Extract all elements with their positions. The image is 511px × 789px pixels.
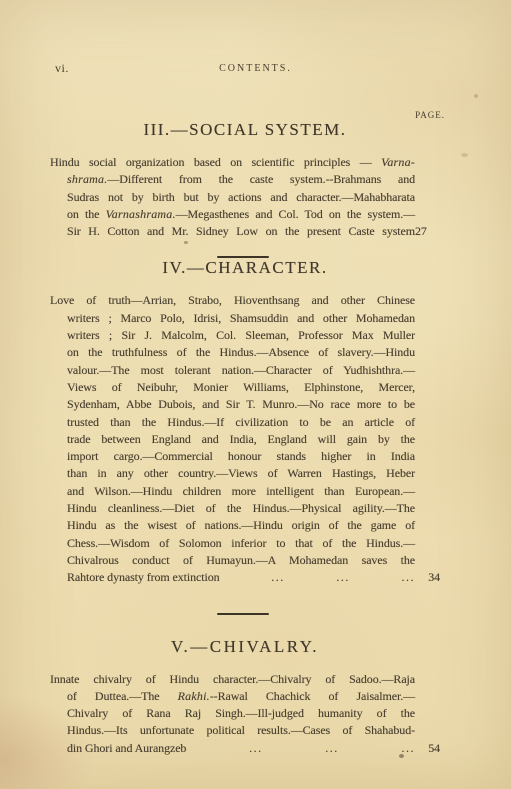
toc-line-text: of Duttea.—The [67, 689, 178, 703]
toc-line-text: Rahtore dynasty from extinction [67, 569, 220, 586]
toc-line: Love of truth—Arrian, Strabo, Hioventhsa… [50, 292, 415, 309]
entry-page-number: 54 [415, 740, 440, 757]
toc-line: Sudras not by birth but by actions and c… [67, 189, 415, 206]
section-heading: III.—SOCIAL SYSTEM. [50, 120, 440, 140]
toc-line: Views of Neibuhr, Monier Williams, Elphi… [67, 379, 415, 396]
scanned-book-page: vi. CONTENTS. PAGE. III.—SOCIAL SYSTEM.H… [0, 0, 511, 789]
toc-line: import cargo.—Commercial honour stands h… [67, 448, 415, 465]
toc-line-text: on the [67, 207, 106, 221]
toc-line: Chess.—Wisdom of Solomon inferior to tha… [67, 535, 415, 552]
toc-line: on the Varnashrama.—Megasthenes and Col.… [67, 206, 415, 223]
toc-line-text: Chivalrous conduct of Humayun.—A Mohamed… [67, 553, 415, 567]
toc-line-text: trade between England and India, England… [67, 432, 415, 446]
toc-line-text: import cargo.—Commercial honour stands h… [67, 449, 415, 463]
section-entry-paragraph: Hindu social organization based on scien… [50, 154, 440, 240]
toc-line-text: Chess.—Wisdom of Solomon inferior to tha… [67, 536, 415, 550]
toc-line-text: Chivalry of Rana Raj Singh.—Ill-judged h… [67, 706, 415, 720]
paper-stain [461, 153, 468, 157]
section-heading: IV.—CHARACTER. [50, 258, 440, 278]
toc-line-text: —Megasthenes and Col. Tod on the system.… [176, 207, 415, 221]
toc-line: writers ; Sir J. Malcolm, Col. Sleeman, … [67, 327, 415, 344]
toc-line: on the truthfulness of the Hindus.—Absen… [67, 344, 415, 361]
section-entry-paragraph: Love of truth—Arrian, Strabo, Hioventhsa… [50, 292, 440, 586]
toc-line-text: on the truthfulness of the Hindus.—Absen… [67, 345, 415, 359]
toc-line-text: Sydenham, Abbe Dubois, and Sir T. Munro.… [67, 397, 415, 411]
toc-line: of Duttea.—The Rakhi.--Rawal Chachick of… [67, 688, 415, 705]
toc-line: writers ; Marco Polo, Idrisi, Shamsuddin… [67, 310, 415, 327]
entry-page-number: 27 [415, 223, 440, 240]
toc-line: din Ghori and Aurangzeb.........54 [67, 740, 415, 757]
dot-leader: ... [271, 569, 285, 586]
toc-line-text: than in any other country.—Views of Warr… [67, 466, 415, 480]
toc-line-text: din Ghori and Aurangzeb [67, 740, 186, 757]
toc-line: Chivalrous conduct of Humayun.—A Mohamed… [67, 552, 415, 569]
toc-line-text: trusted than the Hindus.—If civilization… [67, 415, 415, 429]
dot-leader: ... [402, 569, 416, 586]
paper-stain [474, 94, 478, 98]
entry-page-number: 34 [415, 569, 440, 586]
italic-text: shrama. [67, 172, 107, 186]
toc-line-text: Sudras not by birth but by actions and c… [67, 190, 415, 204]
section-divider [217, 613, 269, 615]
toc-line-text: valour.—The most tolerant nation.—Charac… [67, 363, 415, 377]
italic-text: Varna- [381, 155, 415, 169]
toc-line: Innate chivalry of Hindu character.—Chiv… [50, 671, 415, 688]
toc-line: valour.—The most tolerant nation.—Charac… [67, 362, 415, 379]
toc-line: shrama.—Different from the caste system.… [67, 171, 415, 188]
toc-line: Hindu as the wisest of nations.—Hindu or… [67, 517, 415, 534]
toc-line-text: --Rawal Chachick of Jaisalmer.— [210, 689, 415, 703]
dot-leader: ... [325, 740, 339, 757]
toc-line: and Wilson.—Hindu children more intellig… [67, 483, 415, 500]
toc-line-text: —Different from the caste system.--Brahm… [107, 172, 415, 186]
section-entry-paragraph: Innate chivalry of Hindu character.—Chiv… [50, 671, 440, 757]
italic-text: Varnashrama. [106, 207, 176, 221]
toc-line-text: Hindu social organization based on scien… [50, 155, 381, 169]
toc-line: than in any other country.—Views of Warr… [67, 465, 415, 482]
toc-line: Rahtore dynasty from extinction.........… [67, 569, 415, 586]
toc-line: Chivalry of Rana Raj Singh.—Ill-judged h… [67, 705, 415, 722]
toc-line-text: and Wilson.—Hindu children more intellig… [67, 484, 415, 498]
section-heading: V.—CHIVALRY. [50, 637, 440, 657]
toc-line-text: Rahtore dynasty from extinction [67, 570, 220, 584]
running-title: CONTENTS. [0, 63, 511, 74]
toc-line-text: Views of Neibuhr, Monier Williams, Elphi… [67, 380, 415, 394]
dot-leader: ... [249, 740, 263, 757]
toc-line-text: Love of truth—Arrian, Strabo, Hioventhsa… [50, 293, 415, 307]
toc-line-text: writers ; Marco Polo, Idrisi, Shamsuddin… [67, 311, 415, 325]
toc-line-text: Hindu cleanliness.—Diet of the Hindus.—P… [67, 501, 415, 515]
toc-line-text: Hindu as the wisest of nations.—Hindu or… [67, 518, 415, 532]
toc-line-text: din Ghori and Aurangzeb [67, 741, 186, 755]
toc-line: Sydenham, Abbe Dubois, and Sir T. Munro.… [67, 396, 415, 413]
dot-leader: ... [336, 569, 350, 586]
italic-text: Rakhi. [178, 689, 210, 703]
toc-line: Hindu social organization based on scien… [50, 154, 415, 171]
toc-line: trusted than the Hindus.—If civilization… [67, 414, 415, 431]
toc-line-text: Hindus.—Its unfortunate political result… [67, 723, 415, 737]
toc-line-text: Sir H. Cotton and Mr. Sidney Low on the … [67, 224, 415, 238]
toc-line: Sir H. Cotton and Mr. Sidney Low on the … [67, 223, 415, 240]
toc-line-text: Innate chivalry of Hindu character.—Chiv… [50, 672, 415, 686]
dot-leader: ... [402, 740, 416, 757]
toc-line-text: writers ; Sir J. Malcolm, Col. Sleeman, … [67, 328, 415, 342]
toc-line: trade between England and India, England… [67, 431, 415, 448]
toc-line: Hindus.—Its unfortunate political result… [67, 722, 415, 739]
toc-line: Hindu cleanliness.—Diet of the Hindus.—P… [67, 500, 415, 517]
contents-sections: III.—SOCIAL SYSTEM.Hindu social organiza… [50, 96, 440, 757]
